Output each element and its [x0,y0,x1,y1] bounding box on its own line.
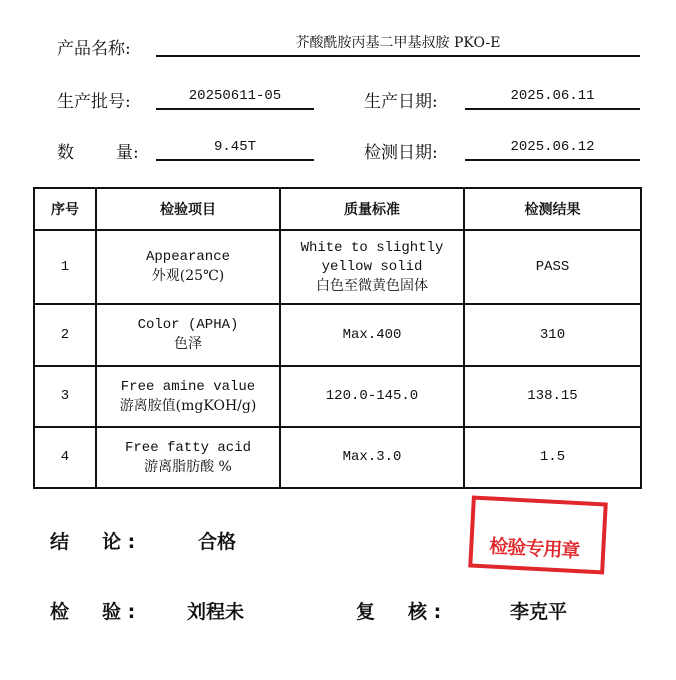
product-name-label: 产品名称: [57,34,131,59]
table-row: 2 Color (APHA) 色泽 Max.400 310 [34,304,641,366]
test-date-field: 2025.06.12 [465,135,640,161]
header-item: 检验项目 [96,188,280,230]
inspector-label-2: 验 : [102,597,135,624]
row-standard: White to slightly yellow solid 白色至微黄色固体 [280,230,464,304]
batch-field: 20250611-05 [156,84,314,110]
row-item: Appearance 外观(25℃) [96,230,280,304]
table-row: 4 Free fatty acid 游离脂肪酸 % Max.3.0 1.5 [34,427,641,488]
production-date-label: 生产日期: [364,87,438,112]
quantity-field: 9.45T [156,135,314,161]
row-result: 138.15 [464,366,641,427]
reviewer-label-2: 核 : [408,597,441,624]
header-standard: 质量标准 [280,188,464,230]
inspection-table: 序号 检验项目 质量标准 检测结果 1 Appearance 外观(25℃) W… [33,187,642,489]
table-row: 3 Free amine value 游离胺值(mgKOH/g) 120.0-1… [34,366,641,427]
table-row: 1 Appearance 外观(25℃) White to slightly y… [34,230,641,304]
conclusion-value: 合格 [198,527,236,554]
row-result: PASS [464,230,641,304]
row-no: 3 [34,366,96,427]
item-en: Free fatty acid [97,439,279,458]
row-item: Color (APHA) 色泽 [96,304,280,366]
stamp-text: 检验专用章 [489,531,580,563]
row-standard: Max.3.0 [280,427,464,488]
item-en: Color (APHA) [97,316,279,335]
inspector-label-1: 检 [50,597,69,624]
standard-en-2: yellow solid [281,258,463,277]
standard-cn: 白色至微黄色固体 [281,277,463,296]
row-standard: Max.400 [280,304,464,366]
row-result: 1.5 [464,427,641,488]
standard-en-1: White to slightly [281,239,463,258]
row-no: 4 [34,427,96,488]
reviewer-label-1: 复 [356,597,375,624]
reviewer-value: 李克平 [510,597,567,624]
item-cn: 外观(25℃) [97,267,279,286]
header-no: 序号 [34,188,96,230]
conclusion-label-1: 结 [50,527,69,554]
row-standard: 120.0-145.0 [280,366,464,427]
product-name-field: 芥酸酰胺丙基二甲基叔胺 PKO-E [156,31,640,57]
row-item: Free fatty acid 游离脂肪酸 % [96,427,280,488]
item-cn: 游离胺值(mgKOH/g) [97,397,279,416]
item-cn: 游离脂肪酸 % [97,458,279,477]
test-date-label: 检测日期: [364,138,438,163]
conclusion-label-2: 论 : [102,527,135,554]
quantity-label-2: 量: [116,138,139,163]
inspector-value: 刘程未 [187,597,244,624]
row-no: 1 [34,230,96,304]
row-item: Free amine value 游离胺值(mgKOH/g) [96,366,280,427]
inspection-stamp: 检验专用章 [468,495,608,574]
item-en: Free amine value [97,378,279,397]
row-no: 2 [34,304,96,366]
quantity-label-1: 数 [57,138,74,163]
header-result: 检测结果 [464,188,641,230]
item-en: Appearance [97,248,279,267]
item-cn: 色泽 [97,335,279,354]
row-result: 310 [464,304,641,366]
production-date-field: 2025.06.11 [465,84,640,110]
product-name-value: 芥酸酰胺丙基二甲基叔胺 PKO-E [296,35,501,51]
table-header-row: 序号 检验项目 质量标准 检测结果 [34,188,641,230]
batch-label: 生产批号: [57,87,131,112]
